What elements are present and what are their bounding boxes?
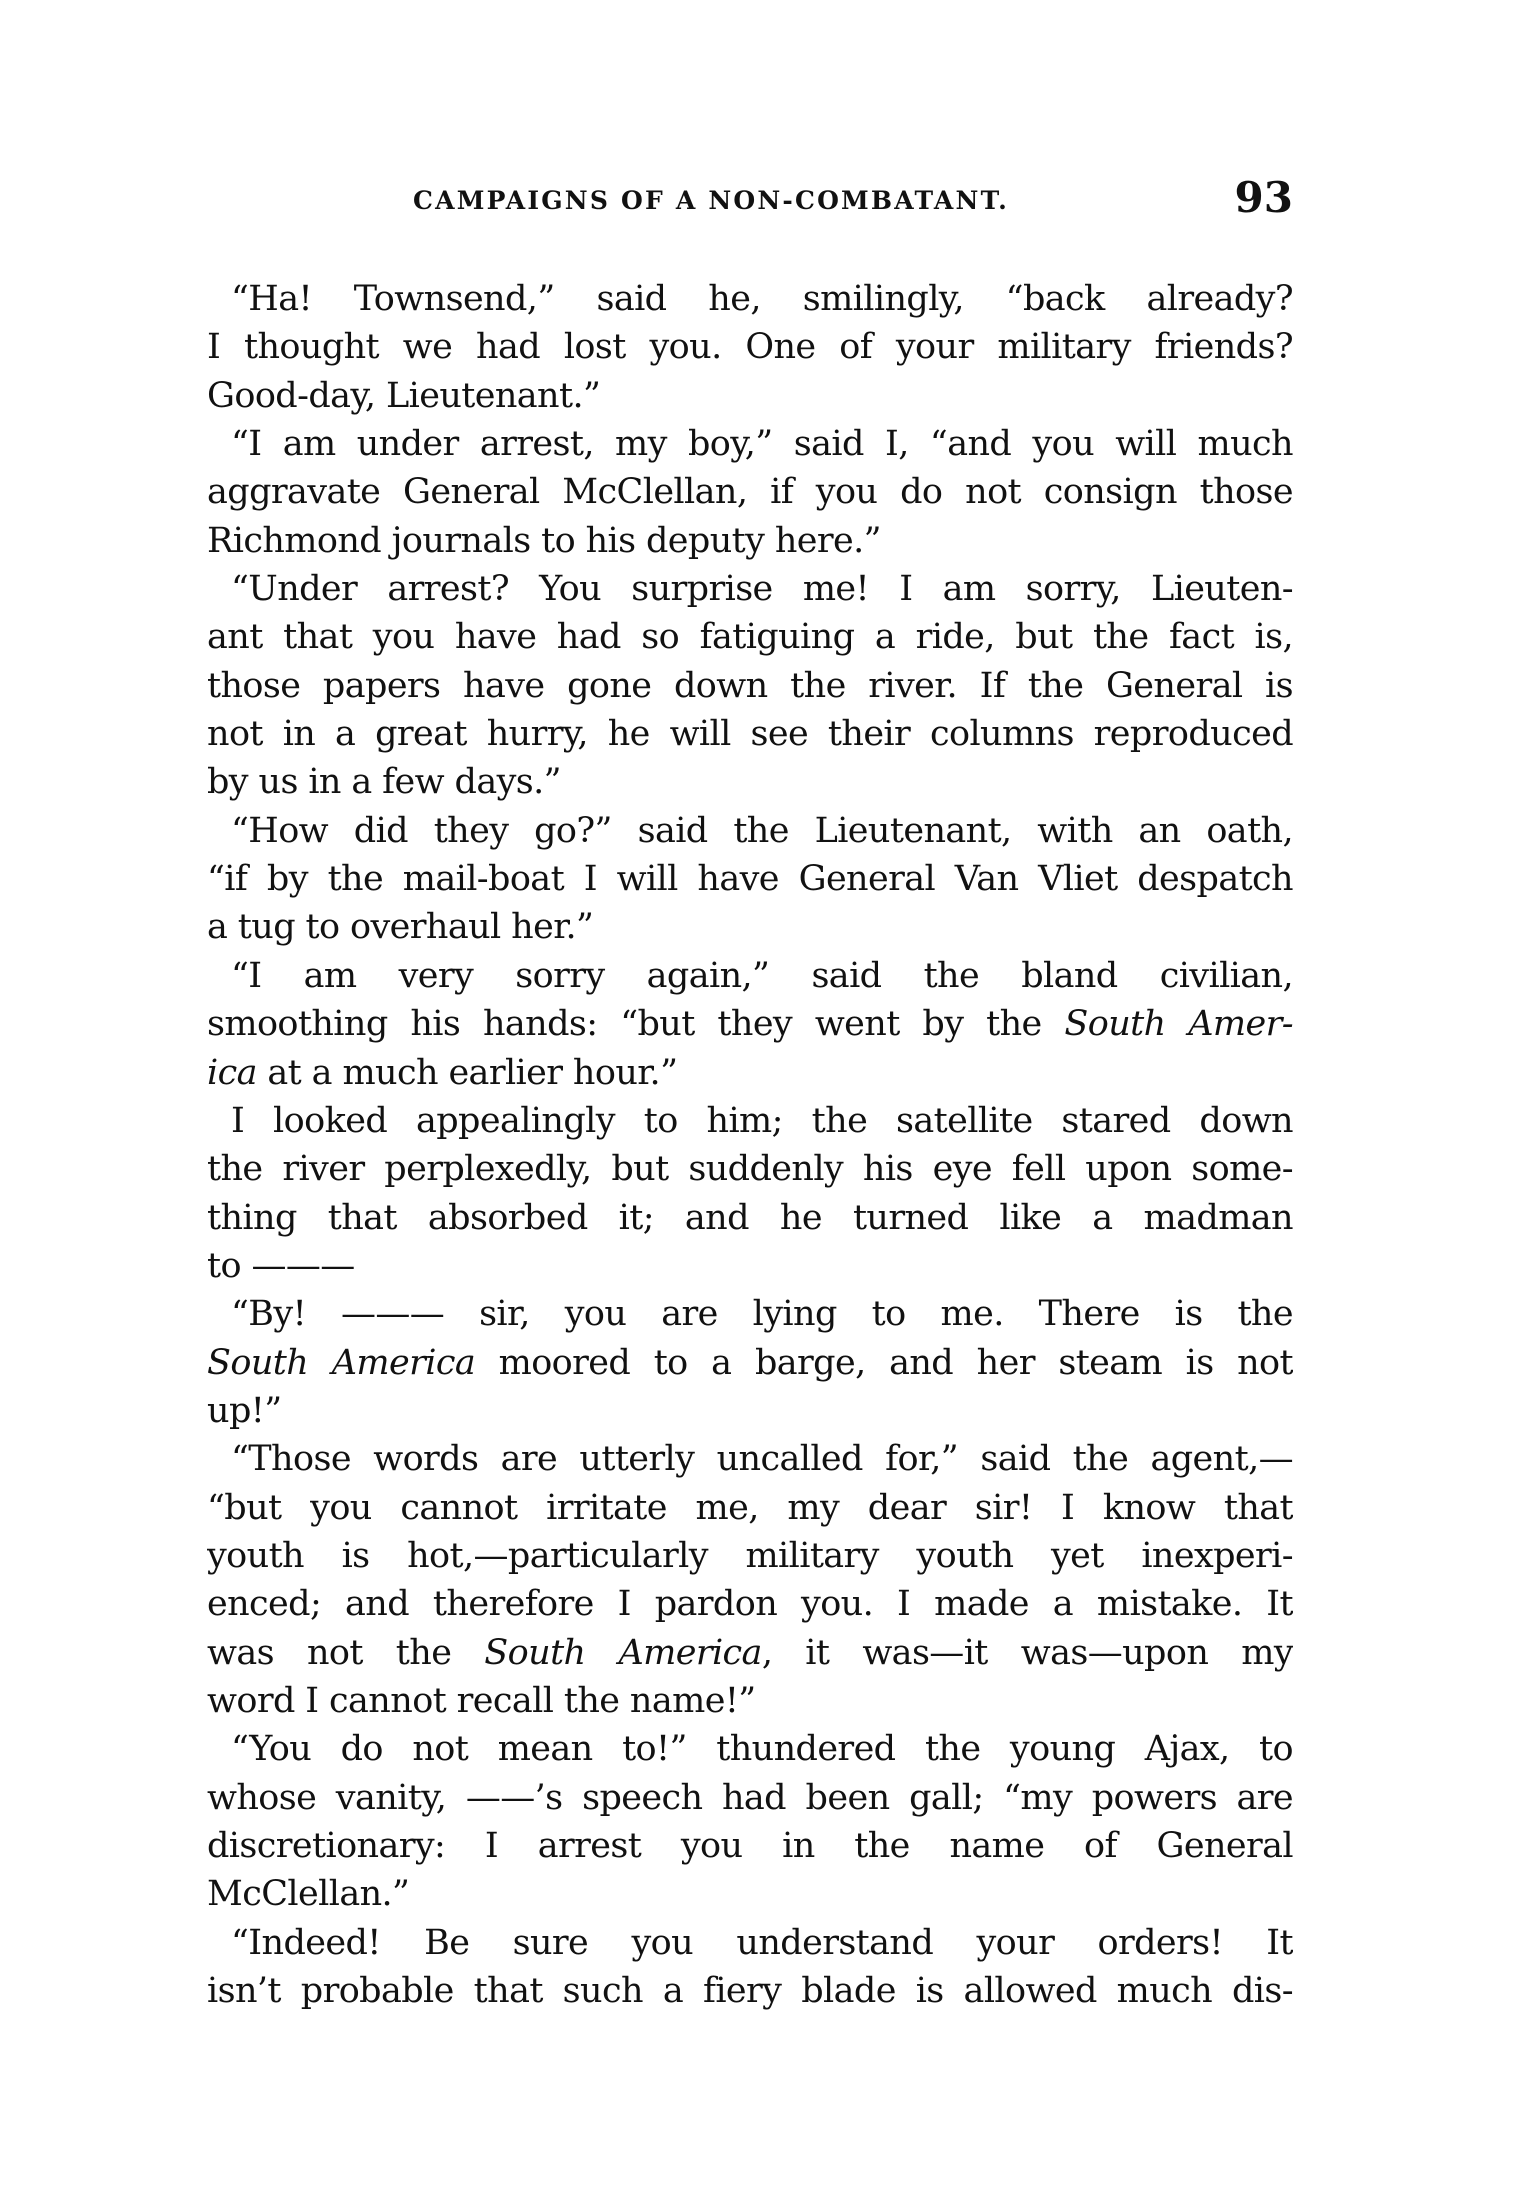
italic-ship-name: ica — [207, 1053, 257, 1093]
text-line: the river perplexedly, but suddenly his … — [207, 1145, 1293, 1193]
text-line: “Ha! Townsend,” said he, smilingly, “bac… — [207, 275, 1293, 323]
text-line: “Indeed! Be sure you understand your ord… — [207, 1919, 1293, 1967]
text-line: discretionary: I arrest you in the name … — [207, 1822, 1293, 1870]
text-line: South America moored to a barge, and her… — [207, 1339, 1293, 1387]
text-line: youth is hot,—particularly military yout… — [207, 1532, 1293, 1580]
text-line: “I am very sorry again,” said the bland … — [207, 952, 1293, 1000]
running-title: CAMPAIGNS OF A NON-COMBATANT. — [413, 186, 1009, 215]
text-line: isn’t probable that such a fiery blade i… — [207, 1967, 1293, 2015]
text-line: “but you cannot irritate me, my dear sir… — [207, 1484, 1293, 1532]
text-line: “You do not mean to!” thundered the youn… — [207, 1725, 1293, 1773]
text-line: “Those words are utterly uncalled for,” … — [207, 1435, 1293, 1483]
italic-ship-name: South Amer- — [1064, 1004, 1293, 1044]
text-line: I looked appealingly to him; the satelli… — [207, 1097, 1293, 1145]
text-line: was not the South America, it was—it was… — [207, 1629, 1293, 1677]
text-span: was not the — [207, 1633, 484, 1673]
text-line: “I am under arrest, my boy,” said I, “an… — [207, 420, 1293, 468]
text-line: Good-day, Lieutenant.” — [207, 372, 1293, 420]
page-number: 93 — [1235, 176, 1293, 220]
text-line: “if by the mail-boat I will have General… — [207, 855, 1293, 903]
text-line: aggravate General McClellan, if you do n… — [207, 468, 1293, 516]
text-line: “Under arrest? You surprise me! I am sor… — [207, 565, 1293, 613]
text-line: McClellan.” — [207, 1870, 1293, 1918]
italic-ship-name: South America — [484, 1633, 762, 1673]
text-line: ant that you have had so fatiguing a rid… — [207, 613, 1293, 661]
italic-ship-name: South America — [207, 1343, 475, 1383]
text-line: ica at a much earlier hour.” — [207, 1049, 1293, 1097]
text-line: “How did they go?” said the Lieutenant, … — [207, 807, 1293, 855]
text-line: I thought we had lost you. One of your m… — [207, 323, 1293, 371]
text-line: enced; and therefore I pardon you. I mad… — [207, 1580, 1293, 1628]
text-line: smoothing his hands: “but they went by t… — [207, 1000, 1293, 1048]
text-span: smoothing his hands: “but they went by t… — [207, 1004, 1064, 1044]
text-span: moored to a barge, and her steam is not — [475, 1343, 1293, 1383]
text-line: not in a great hurry, he will see their … — [207, 710, 1293, 758]
text-line: to ——— — [207, 1242, 1293, 1290]
text-line: word I cannot recall the name!” — [207, 1677, 1293, 1725]
running-head: CAMPAIGNS OF A NON-COMBATANT. 93 — [207, 176, 1293, 220]
text-line: a tug to overhaul her.” — [207, 903, 1293, 951]
text-line: “By! ——— sir, you are lying to me. There… — [207, 1290, 1293, 1338]
body-text: “Ha! Townsend,” said he, smilingly, “bac… — [207, 275, 1293, 2015]
text-line: thing that absorbed it; and he turned li… — [207, 1194, 1293, 1242]
text-line: Richmond journals to his deputy here.” — [207, 517, 1293, 565]
text-line: up!” — [207, 1387, 1293, 1435]
text-line: by us in a few days.” — [207, 758, 1293, 806]
text-span: , it was—it was—upon my — [762, 1633, 1293, 1673]
text-span: at a much earlier hour.” — [257, 1053, 678, 1093]
book-page: CAMPAIGNS OF A NON-COMBATANT. 93 “Ha! To… — [0, 0, 1513, 2186]
text-line: whose vanity, ——’s speech had been gall;… — [207, 1774, 1293, 1822]
text-line: those papers have gone down the river. I… — [207, 662, 1293, 710]
